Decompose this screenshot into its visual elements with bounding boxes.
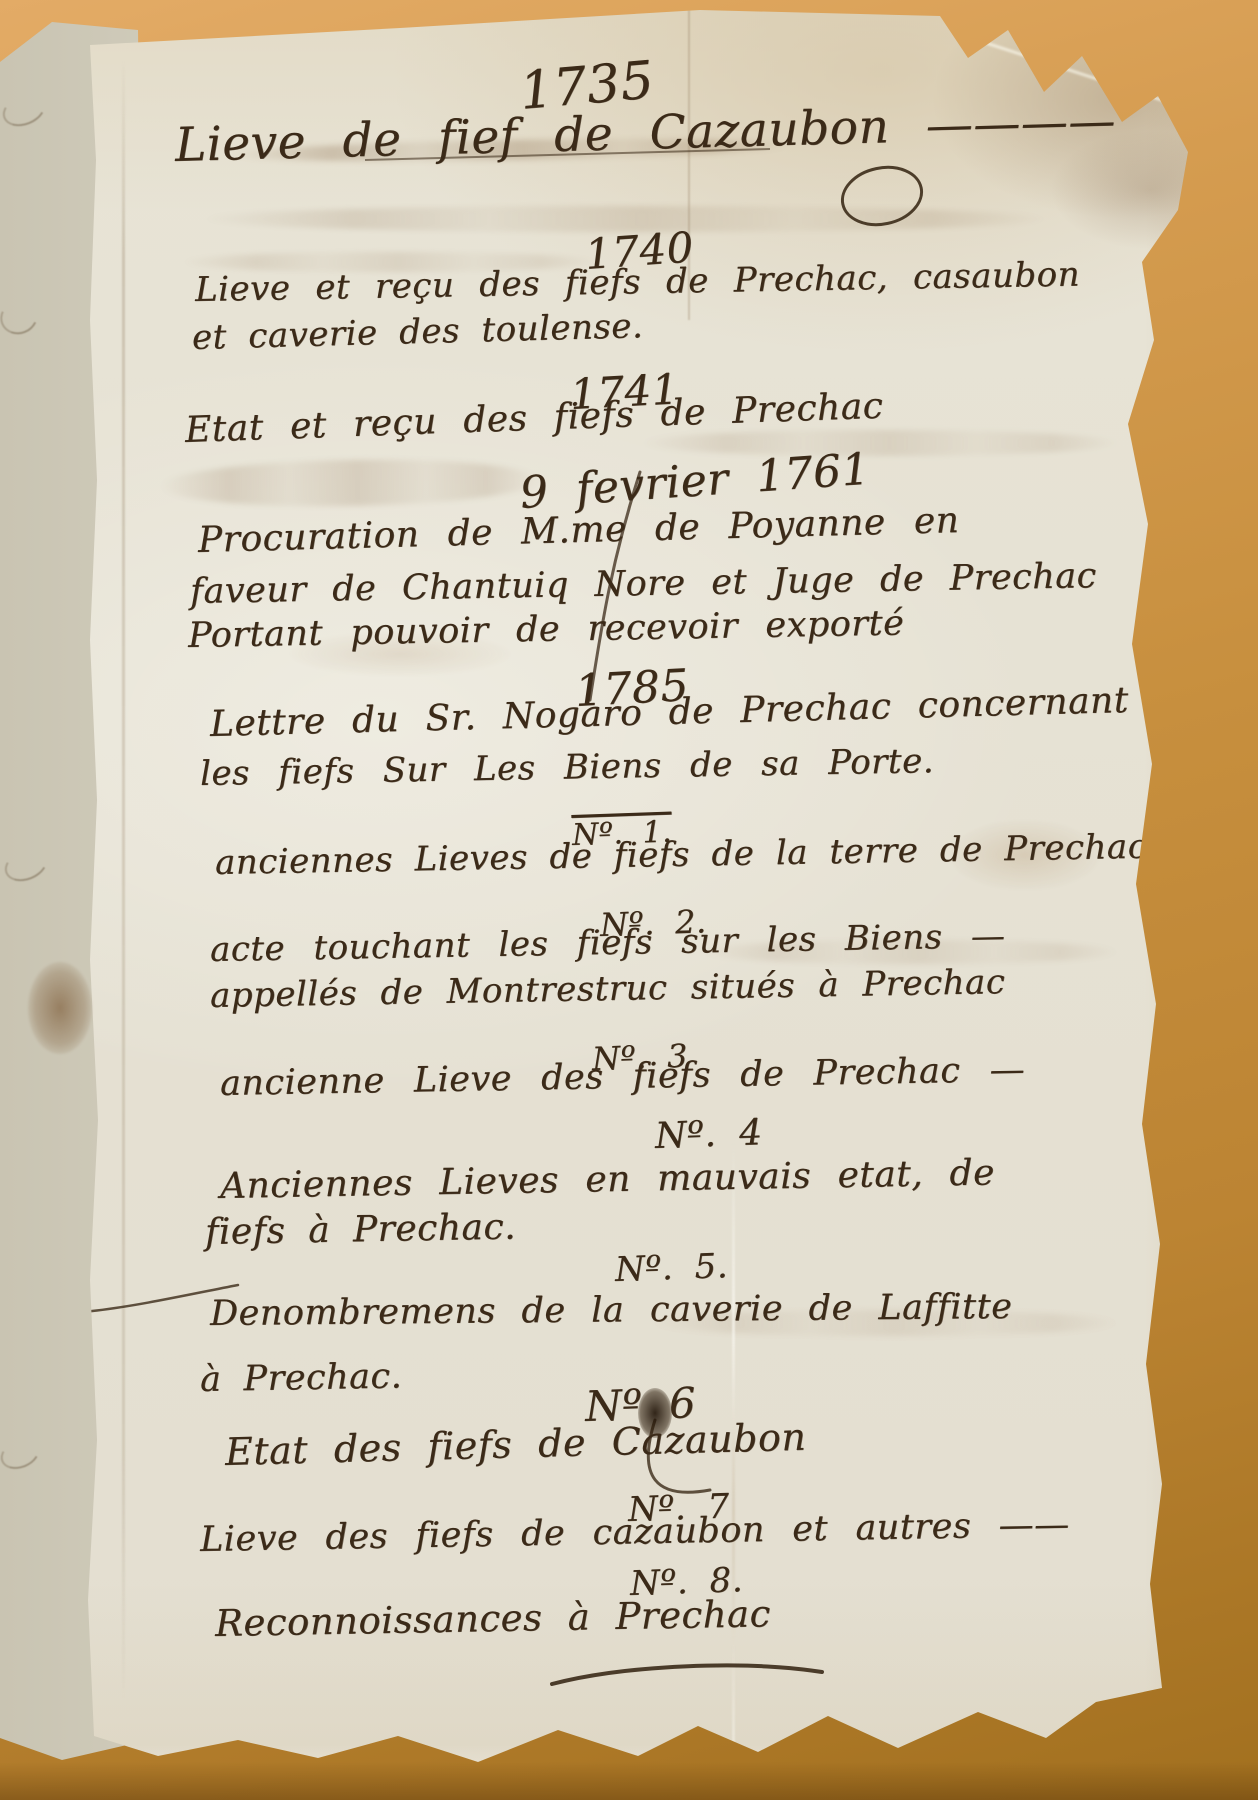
line-entry: les fiefs Sur Les Biens de sa Porte. (200, 741, 935, 794)
line-entry: Reconnoissances à Prechac (215, 1592, 771, 1645)
line-entry: faveur de Chantuiq Nore et Juge de Prech… (190, 556, 1097, 612)
faint-scribble (0, 88, 50, 132)
paper-crease (122, 60, 125, 1700)
line-entry: Portant pouvoir de recevoir exporté (188, 604, 905, 656)
ink-bleed-through (160, 457, 541, 510)
line-number-4: Nº. 4 (654, 1112, 763, 1157)
photograph: 1735 Lieve de fief de Cazaubon ———— 1740… (0, 0, 1258, 1800)
line-entry: à Prechac. (200, 1356, 403, 1400)
line-entry: Denombremens de la caverie de Laffitte (210, 1287, 1013, 1334)
line-entry: appellés de Montrestruc situés à Prechac (210, 962, 1006, 1016)
line-entry: Etat des fiefs de Cazaubon (224, 1415, 806, 1474)
line-entry: ancienne Lieve des fiefs de Prechac — (220, 1050, 1026, 1104)
line-entry: Procuration de M.me de Poyanne en (197, 500, 959, 561)
line-number-5: Nº. 5. (614, 1246, 728, 1290)
manuscript-page: 1735 Lieve de fief de Cazaubon ———— 1740… (0, 0, 1258, 1800)
line-entry: Anciennes Lieves en mauvais etat, de (220, 1152, 996, 1207)
faint-scribble (0, 294, 43, 340)
line-entry: et caverie des toulense. (191, 306, 643, 358)
line-entry: Lieve des fiefs de cazaubon et autres —— (200, 1505, 1070, 1560)
faint-scribble (0, 1434, 44, 1475)
line-entry: fiefs à Prechac. (205, 1207, 517, 1253)
ink-bleed-through (640, 430, 1120, 456)
faint-scribble (0, 843, 52, 887)
stain (28, 962, 92, 1054)
